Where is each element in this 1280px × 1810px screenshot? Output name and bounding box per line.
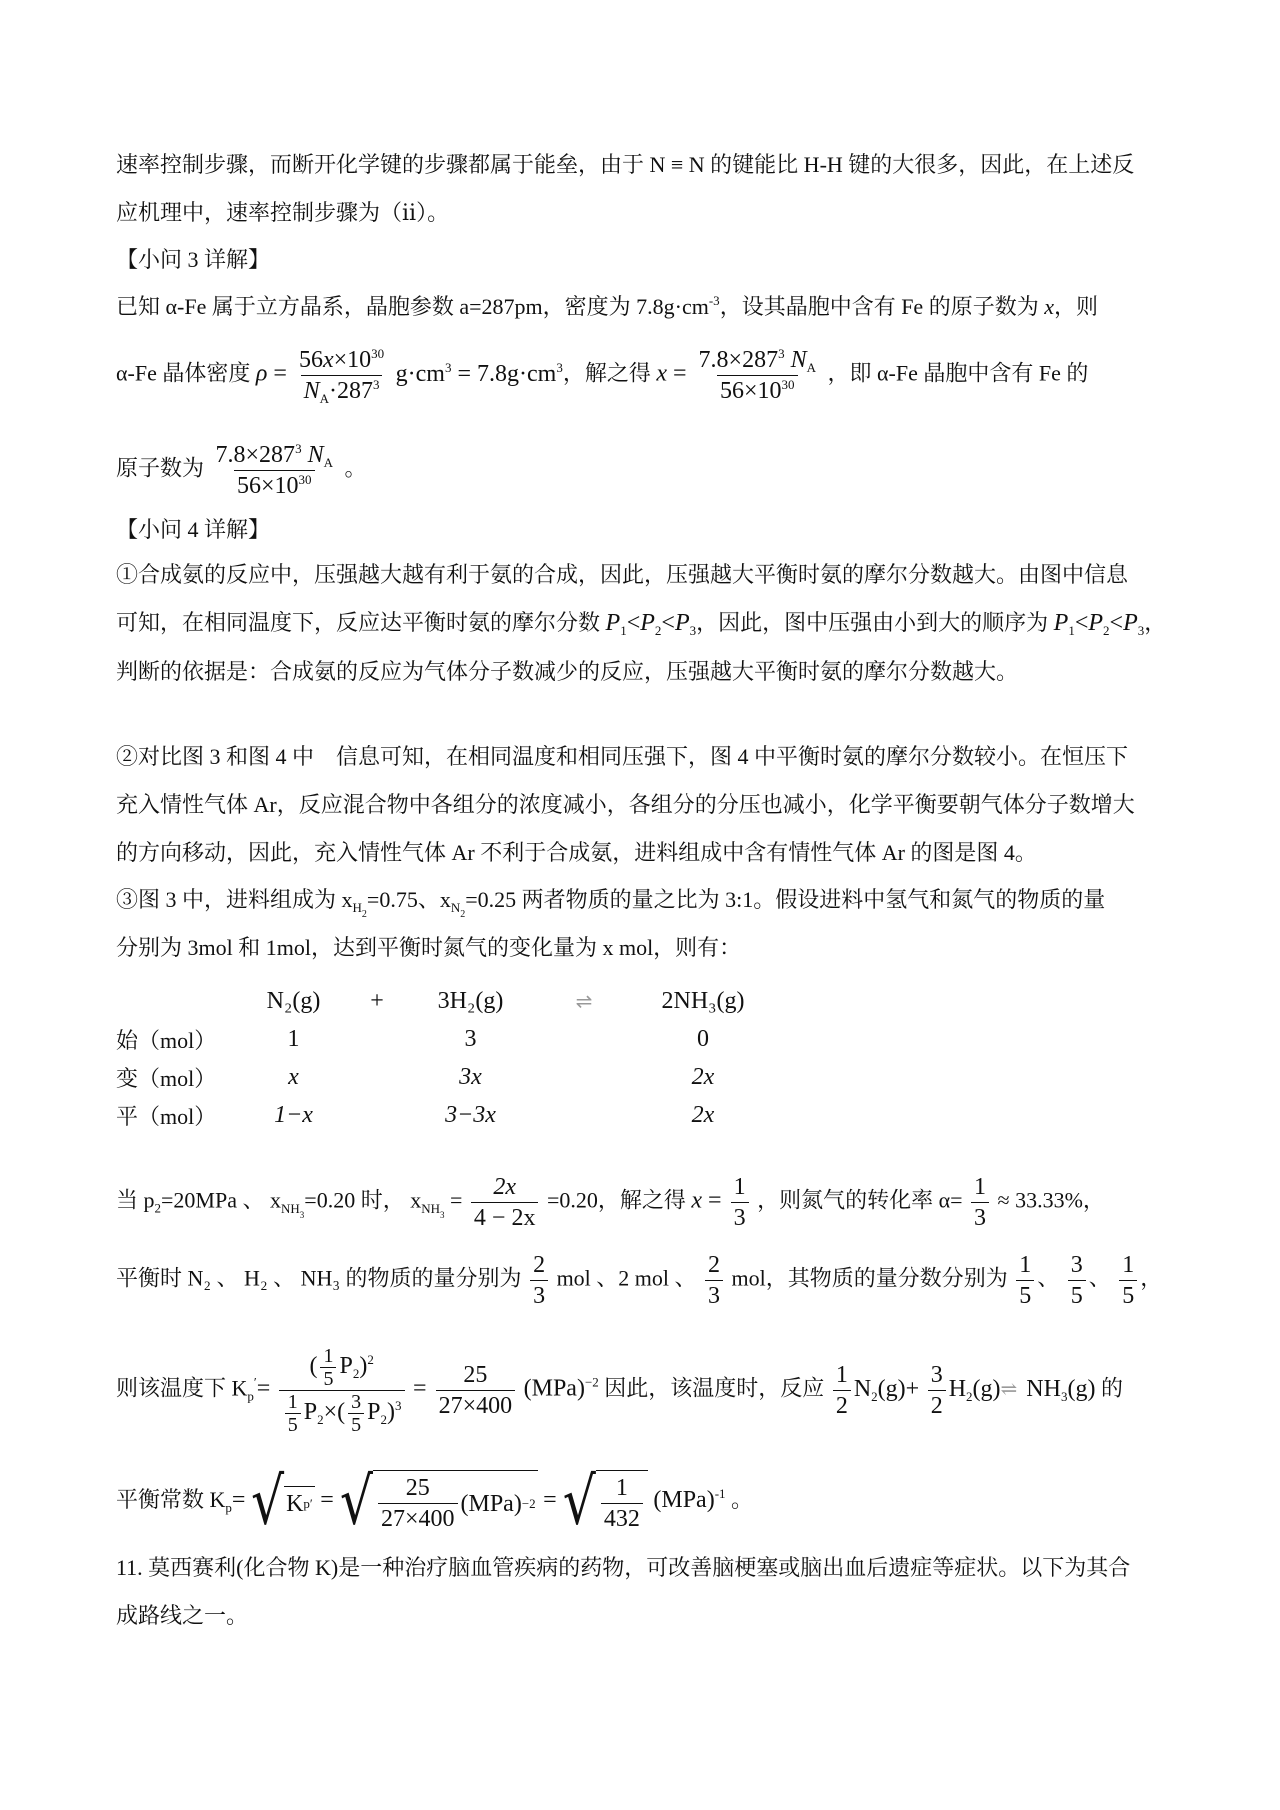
sqrt-kp-value: √ 2527×400(MPa)−2	[340, 1470, 538, 1534]
equilibrium-arrow-icon: ⇌	[528, 982, 638, 1020]
sqrt-kp-prime: √Kp′	[251, 1476, 315, 1528]
ice-table: N₂(g) + 3H₂(g) ⇌ 2NH₃(g) 始（mol） 1 3 0 变（…	[116, 982, 768, 1134]
atom-count-fraction: 7.8×2873 NA 56×1030	[696, 345, 819, 406]
ice-table-row: 始（mol） 1 3 0	[116, 1020, 768, 1058]
document-page: 速率控制步骤，而断开化学键的步骤都属于能垒，由于 N ≡ N 的键能比 H-H …	[0, 0, 1280, 1810]
q4-p2-line-1: ②对比图 3 和图 4 中 信息可知，在相同温度和相同压强下，图 4 中平衡时氨…	[116, 742, 1128, 772]
ice-table-header: N₂(g) + 3H₂(g) ⇌ 2NH₃(g)	[116, 982, 768, 1020]
intro-line-2: 应机理中，速率控制步骤为（ⅱ）。	[116, 198, 449, 228]
q11-line-1: 11. 莫西赛利(化合物 K)是一种治疗脑血管疾病的药物，可改善脑梗塞或脑出血后…	[116, 1553, 1130, 1583]
q3-result: 原子数为 7.8×2873 NA 56×1030 。	[116, 440, 366, 501]
q4-p1-line-2: 可知，在相同温度下，反应达平衡时氨的摩尔分数 P1<P2<P3，因此，图中压强由…	[116, 608, 1166, 638]
equilibrium-arrow-icon: ⇌	[1001, 1379, 1016, 1401]
q4-kp-prime-line: 则该温度下 Kp′= (15P2)2 15P2×(35P2)3 = 2527×4…	[116, 1345, 1123, 1436]
intro-line-1: 速率控制步骤，而断开化学键的步骤都属于能垒，由于 N ≡ N 的键能比 H-H …	[116, 150, 1134, 180]
q4-moles-line: 平衡时 N₂ 、 H₂ 、 NH₃ 的物质的量分别为 23 mol 、2 mol…	[116, 1250, 1162, 1311]
q4-heading: 【小问 4 详解】	[116, 515, 270, 545]
sqrt-kp-simplified: √ 1432	[563, 1470, 648, 1534]
q4-p3-line-1: ③图 3 中，进料组成为 xH2=0.75、xN2=0.25 两者物质的量之比为…	[116, 885, 1105, 915]
q4-p1-line-3: 判断的依据是：合成氨的反应为气体分子数减少的反应，压强越大平衡时氨的摩尔分数越大…	[116, 657, 1018, 687]
q4-p2-line-2: 充入情性气体 Ar，反应混合物中各组分的浓度减小，各组分的分压也减小，化学平衡要…	[116, 790, 1135, 820]
q3-heading: 【小问 3 详解】	[116, 245, 270, 275]
q4-p3-line-2: 分别为 3mol 和 1mol，达到平衡时氮气的变化量为 x mol，则有：	[116, 933, 741, 963]
q11-line-2: 成路线之一。	[116, 1601, 248, 1631]
atom-count-result-fraction: 7.8×2873 NA 56×1030	[213, 440, 336, 501]
q3-density-equation: α-Fe 晶体密度 ρ = 56x×1030 NA·2873 g·cm3 = 7…	[116, 345, 1088, 406]
q4-p2-line-3: 的方向移动，因此，充入情性气体 Ar 不利于合成氨，进料组成中含有情性气体 Ar…	[116, 838, 1037, 868]
ice-table-row: 变（mol） x 3x 2x	[116, 1058, 768, 1096]
q3-line-1: 已知 α-Fe 属于立方晶系，晶胞参数 a=287pm，密度为 7.8g·cm-…	[116, 292, 1098, 322]
kp-prime-fraction: (15P2)2 15P2×(35P2)3	[279, 1345, 405, 1436]
ice-table-row: 平（mol） 1−x 3−3x 2x	[116, 1096, 768, 1134]
q4-p1-line-1: ①合成氨的反应中，压强越大越有利于氨的合成，因此，压强越大平衡时氨的摩尔分数越大…	[116, 560, 1128, 590]
q4-kp-line: 平衡常数 Kp= √Kp′ = √ 2527×400(MPa)−2 = √ 14…	[116, 1470, 753, 1534]
q4-conversion-line: 当 p2=20MPa 、 xNH3=0.20 时， xNH3 = 2x4 − 2…	[116, 1172, 1105, 1233]
density-fraction: 56x×1030 NA·2873	[296, 345, 387, 406]
